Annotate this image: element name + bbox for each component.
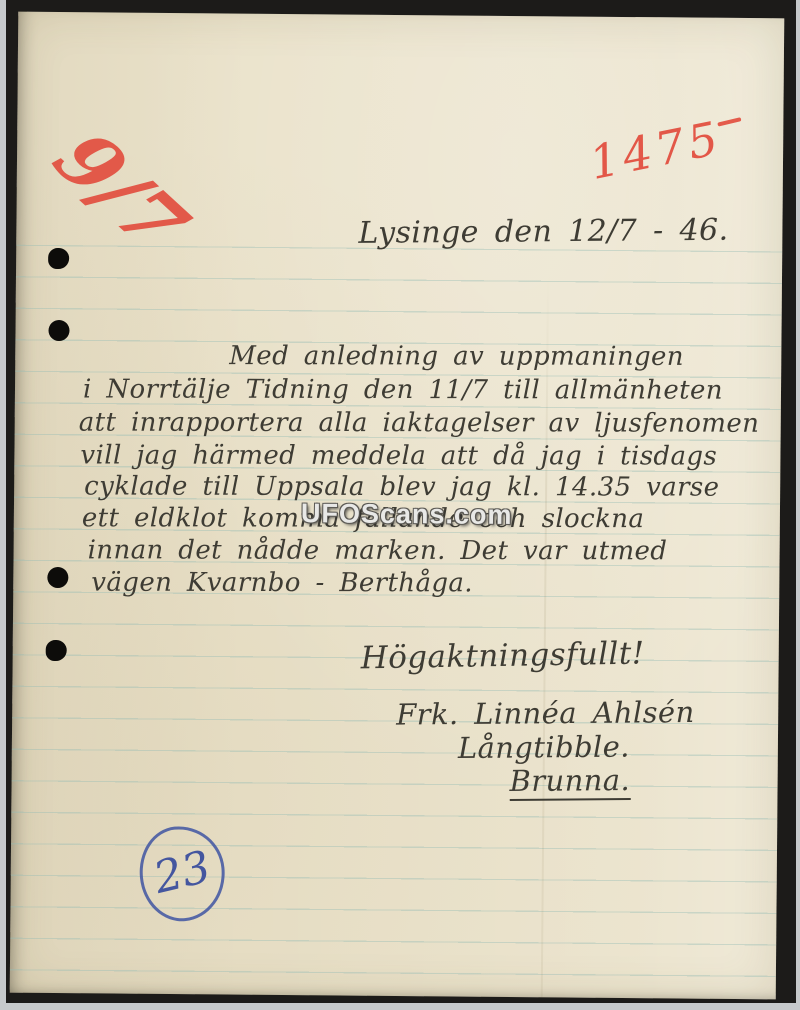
signature-place-line: Långtibble. xyxy=(458,730,630,765)
punch-hole xyxy=(48,320,69,341)
blue-circled-number: 23 xyxy=(138,839,227,907)
letter-body-line: vill jag härmed meddela att då jag i tis… xyxy=(80,440,717,471)
ufoscans-watermark: UFOScans.com xyxy=(301,498,513,531)
signature-name: Frk. Linnéa Ahlsén xyxy=(396,695,695,732)
letter-body-line: Med anledning av uppmaningen xyxy=(229,341,684,372)
punch-hole xyxy=(47,567,68,588)
letter-body-line: cyklade till Uppsala blev jag kl. 14.35 … xyxy=(84,471,719,502)
red-overline-mark xyxy=(717,117,741,126)
red-pencil-annotation-number: 1475 xyxy=(585,111,726,190)
letter-body-line: vägen Kvarnbo - Berthåga. xyxy=(91,568,473,599)
letter-closing: Högaktningsfullt! xyxy=(360,635,644,676)
letter-body-line: innan det nådde marken. Det var utmed xyxy=(88,535,668,566)
letter-dateline: Lysinge den 12/7 - 46. xyxy=(358,213,728,251)
letter-page: 9/7 1475 Lysinge den 12/7 - 46. Med anle… xyxy=(10,12,785,1000)
letter-body-line: i Norrtälje Tidning den 11/7 till allmän… xyxy=(83,374,723,405)
signature-place-line: Brunna. xyxy=(509,763,630,801)
letter-body-line: att inrapportera alla iaktagelser av lju… xyxy=(79,408,760,439)
